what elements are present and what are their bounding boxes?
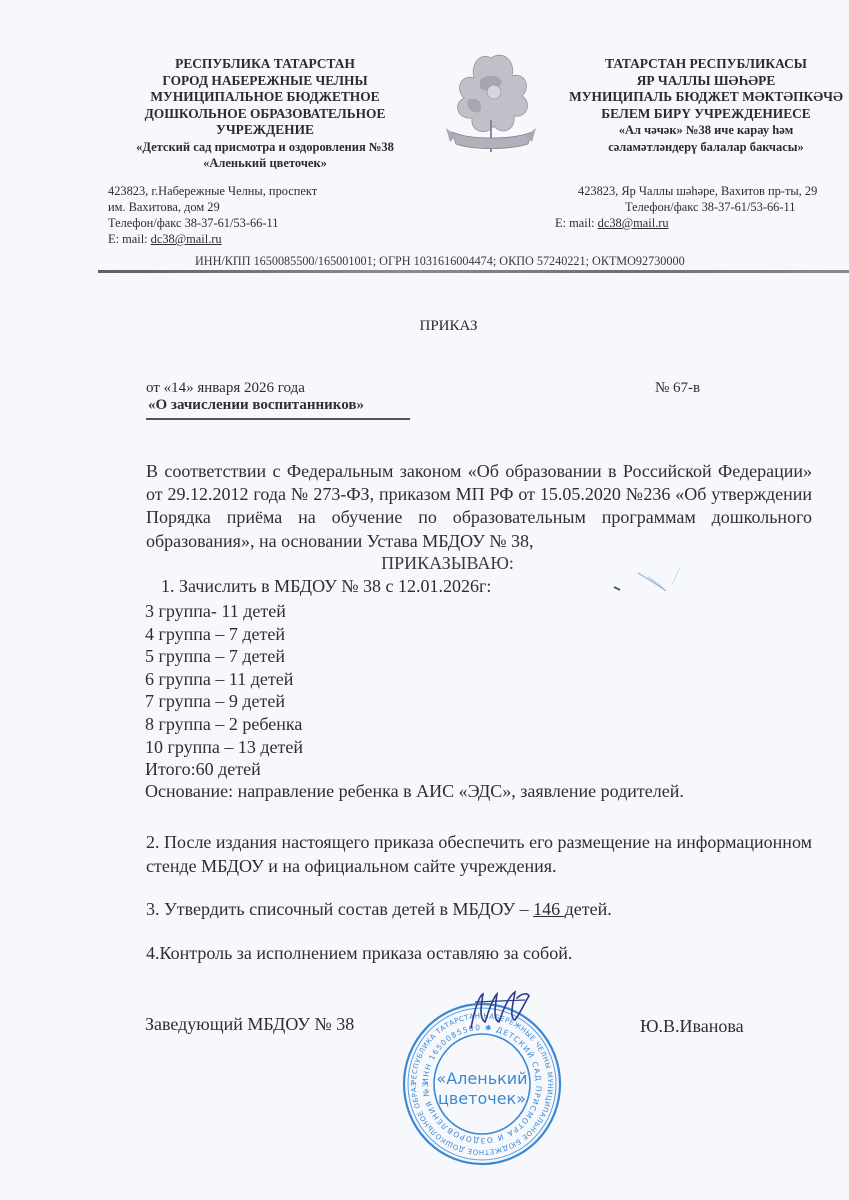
- signatory-name: Ю.В.Иванова: [640, 1016, 744, 1037]
- header-line: ТАТАРСТАН РЕСПУБЛИКАСЫ: [556, 56, 849, 73]
- header-line: МУНИЦИПАЛЬНОЕ БЮДЖЕТНОЕ: [100, 89, 430, 106]
- item3-suffix: детей.: [565, 899, 612, 919]
- email-label: E: mail:: [555, 216, 598, 230]
- phone-fax: Телефон/факс 38-37-61/53-66-11: [108, 215, 408, 231]
- preamble-paragraph: В соответствии с Федеральным законом «Об…: [146, 460, 812, 553]
- registration-details: ИНН/КПП 1650085500/165001001; ОГРН 10316…: [195, 254, 685, 269]
- order-item-1: 1. Зачислить в МБДОУ № 38 с 12.01.2026г:: [161, 576, 491, 597]
- header-line: ЯР ЧАЛЛЫ ШӘҺӘРЕ: [556, 73, 849, 90]
- document-title: ПРИКАЗ: [0, 318, 849, 335]
- address-left: 423823, г.Набережные Челны, проспект им.…: [108, 183, 408, 247]
- list-item: 6 группа – 11 детей: [145, 668, 303, 691]
- pen-mark-icon: [608, 565, 698, 605]
- header-line: БЕЛЕМ БИРҮ УЧРЕЖДЕНИЕСЕ: [556, 106, 849, 123]
- email-link[interactable]: dc38@mail.ru: [598, 216, 669, 230]
- header-line: «Детский сад присмотра и оздоровления №3…: [100, 139, 430, 156]
- header-line: УЧРЕЖДЕНИЕ: [100, 122, 430, 139]
- header-separator: [98, 270, 849, 273]
- headcount-value: 146: [533, 899, 565, 919]
- header-line: МУНИЦИПАЛЬ БЮДЖЕТ МӘКТӘПКӘЧӘ: [556, 89, 849, 106]
- list-item: 7 группа – 9 детей: [145, 690, 303, 713]
- list-item: 3 группа- 11 детей: [145, 600, 303, 623]
- basis-line: Основание: направление ребенка в АИС «ЭД…: [145, 781, 684, 802]
- header-line: ГОРОД НАБЕРЕЖНЫЕ ЧЕЛНЫ: [100, 73, 430, 90]
- address-right: 423823, Яр Чаллы шәһәре, Вахитов пр-ты, …: [555, 183, 849, 231]
- stamp-text-line1: «Аленький: [436, 1069, 527, 1088]
- order-item-3: 3. Утвердить списочный состав детей в МБ…: [146, 899, 612, 920]
- order-number: № 67-в: [655, 380, 700, 397]
- order-subject: «О зачислении воспитанников»: [148, 397, 364, 414]
- list-item: 10 группа – 13 детей: [145, 736, 303, 759]
- order-date: от «14» января 2026 года: [146, 380, 305, 397]
- address-line: им. Вахитова, дом 29: [108, 199, 408, 215]
- header-line: «Ал чәчәк» №38 иче карау һәм: [556, 122, 849, 139]
- address-line: 423823, Яр Чаллы шәһәре, Вахитов пр-ты, …: [555, 183, 849, 199]
- email-line: E: mail: dc38@mail.ru: [108, 231, 408, 247]
- list-item: 8 группа – 2 ребенка: [145, 713, 303, 736]
- phone-fax: Телефон/факс 38-37-61/53-66-11: [555, 199, 849, 215]
- order-item-4: 4.Контроль за исполнением приказа оставл…: [146, 943, 572, 964]
- header-line: сәламәтләндерү балалар бакчасы»: [556, 139, 849, 156]
- header-left-russian: РЕСПУБЛИКА ТАТАРСТАН ГОРОД НАБЕРЕЖНЫЕ ЧЕ…: [100, 56, 430, 172]
- email-line: E: mail: dc38@mail.ru: [555, 215, 849, 231]
- email-label: E: mail:: [108, 232, 151, 246]
- stamp-text-line2: цветочек»: [438, 1089, 526, 1108]
- header-right-tatar: ТАТАРСТАН РЕСПУБЛИКАСЫ ЯР ЧАЛЛЫ ШӘҺӘРЕ М…: [556, 56, 849, 155]
- address-line: 423823, г.Набережные Челны, проспект: [108, 183, 408, 199]
- order-item-2: 2. После издания настоящего приказа обес…: [146, 831, 812, 878]
- email-link[interactable]: dc38@mail.ru: [151, 232, 222, 246]
- title-text: ПРИКАЗ: [420, 318, 478, 335]
- total-line: Итого:60 детей: [145, 758, 303, 781]
- signatory-role: Заведующий МБДОУ № 38: [145, 1014, 354, 1035]
- groups-list: 3 группа- 11 детей 4 группа – 7 детей 5 …: [145, 600, 303, 781]
- order-word-text: ПРИКАЗЫВАЮ:: [381, 553, 514, 574]
- document-page: РЕСПУБЛИКА ТАТАРСТАН ГОРОД НАБЕРЕЖНЫЕ ЧЕ…: [0, 0, 849, 1200]
- header-line: «Аленький цветочек»: [100, 155, 430, 172]
- flower-emblem-icon: [436, 40, 546, 170]
- handwritten-signature-icon: [465, 988, 535, 1036]
- list-item: 5 группа – 7 детей: [145, 645, 303, 668]
- list-item: 4 группа – 7 детей: [145, 623, 303, 646]
- item3-prefix: 3. Утвердить списочный состав детей в МБ…: [146, 899, 533, 919]
- header-line: ДОШКОЛЬНОЕ ОБРАЗОВАТЕЛЬНОЕ: [100, 106, 430, 123]
- subject-underline: [146, 418, 410, 420]
- order-word: ПРИКАЗЫВАЮ:: [0, 553, 849, 574]
- header-line: РЕСПУБЛИКА ТАТАРСТАН: [100, 56, 430, 73]
